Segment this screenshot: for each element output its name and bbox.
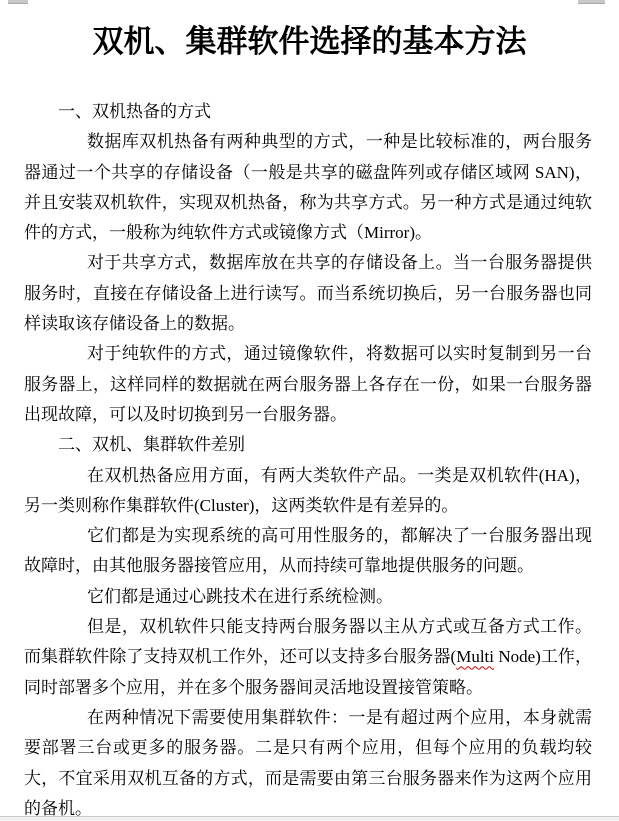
paragraph[interactable]: 它们都是通过心跳技术在进行系统检测。 xyxy=(24,582,592,612)
paragraph[interactable]: 对于共享方式，数据库放在共享的存储设备上。当一台服务器提供服务时，直接在存储设备… xyxy=(24,248,592,339)
misspelled-word: Multi xyxy=(456,647,494,666)
page-margin-mark-left xyxy=(8,0,28,4)
section-heading-1[interactable]: 一、双机热备的方式 xyxy=(24,97,592,127)
paragraph[interactable]: 对于纯软件的方式，通过镜像软件，将数据可以实时复制到另一台服务器上，这样同样的数… xyxy=(24,339,592,430)
paragraph[interactable]: 它们都是为实现系统的高可用性服务的，都解决了一台服务器出现故障时，由其他服务器接… xyxy=(24,521,592,582)
document-body: 一、双机热备的方式 数据库双机热备有两种典型的方式，一种是比较标准的，两台服务器… xyxy=(24,97,592,821)
paragraph[interactable]: 但是，双机软件只能支持两台服务器以主从方式或互备方式工作。而集群软件除了支持双机… xyxy=(24,612,592,703)
document-title[interactable]: 双机、集群软件选择的基本方法 xyxy=(0,22,619,62)
section-heading-2[interactable]: 二、双机、集群软件差别 xyxy=(24,430,592,460)
document-page[interactable]: 双机、集群软件选择的基本方法 一、双机热备的方式 数据库双机热备有两种典型的方式… xyxy=(0,0,619,821)
paragraph[interactable]: 在两种情况下需要使用集群软件：一是有超过两个应用，本身就需要部署三台或更多的服务… xyxy=(24,703,592,821)
window-bottom-edge xyxy=(0,816,619,821)
paragraph[interactable]: 在双机热备应用方面，有两大类软件产品。一类是双机软件(HA)，另一类则称作集群软… xyxy=(24,461,592,522)
page-margin-mark-right xyxy=(578,0,605,4)
paragraph[interactable]: 数据库双机热备有两种典型的方式，一种是比较标准的，两台服务器通过一个共享的存储设… xyxy=(24,127,592,248)
